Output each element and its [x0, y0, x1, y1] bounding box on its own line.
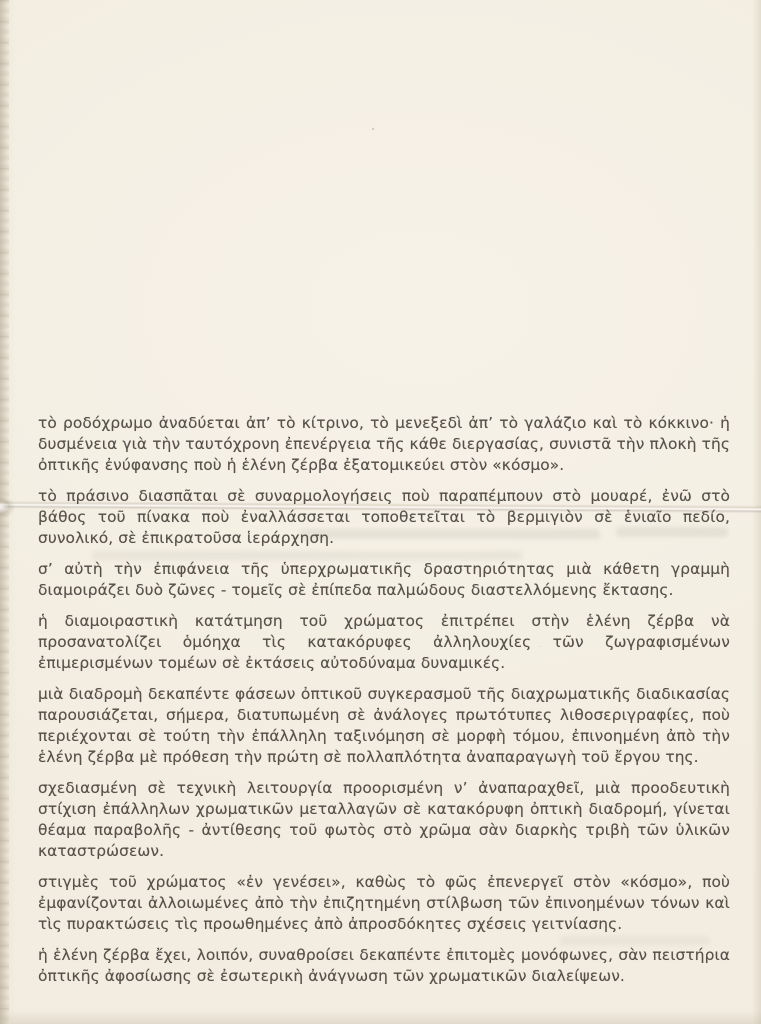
paragraph-1: τὸ ροδόχρωμο ἀναδύεται ἀπ’ τὸ κίτρινο, τ… [38, 413, 730, 476]
paragraph-5: μιὰ διαδρομὴ δεκαπέντε φάσεων ὀπτικοῦ συ… [38, 684, 730, 768]
fold-crease-notch [0, 496, 26, 518]
paragraph-2: τὸ πράσινο διασπᾶται σὲ συναρμολογήσεις … [38, 486, 730, 549]
paragraph-8: ἡ ἑλένη ζέρβα ἔχει, λοιπόν, συναθροίσει … [38, 945, 730, 987]
paragraph-7: στιγμὲς τοῦ χρώματος «ἐν γενέσει», καθὼς… [38, 872, 730, 935]
paragraph-4: ἡ διαμοιραστικὴ κατάτμηση τοῦ χρώματος ἐ… [38, 611, 730, 674]
scanned-page: τὸ ροδόχρωμο ἀναδύεται ἀπ’ τὸ κίτρινο, τ… [0, 0, 761, 1024]
paragraph-6: σχεδιασμένη σὲ τεχνικὴ λειτουργία προορι… [38, 778, 730, 862]
paper-speck [372, 128, 374, 130]
paragraph-3: σ’ αὐτὴ τὴν ἐπιφάνεια τῆς ὑπερχρωματικῆς… [38, 559, 730, 601]
body-text: τὸ ροδόχρωμο ἀναδύεται ἀπ’ τὸ κίτρινο, τ… [38, 413, 730, 997]
